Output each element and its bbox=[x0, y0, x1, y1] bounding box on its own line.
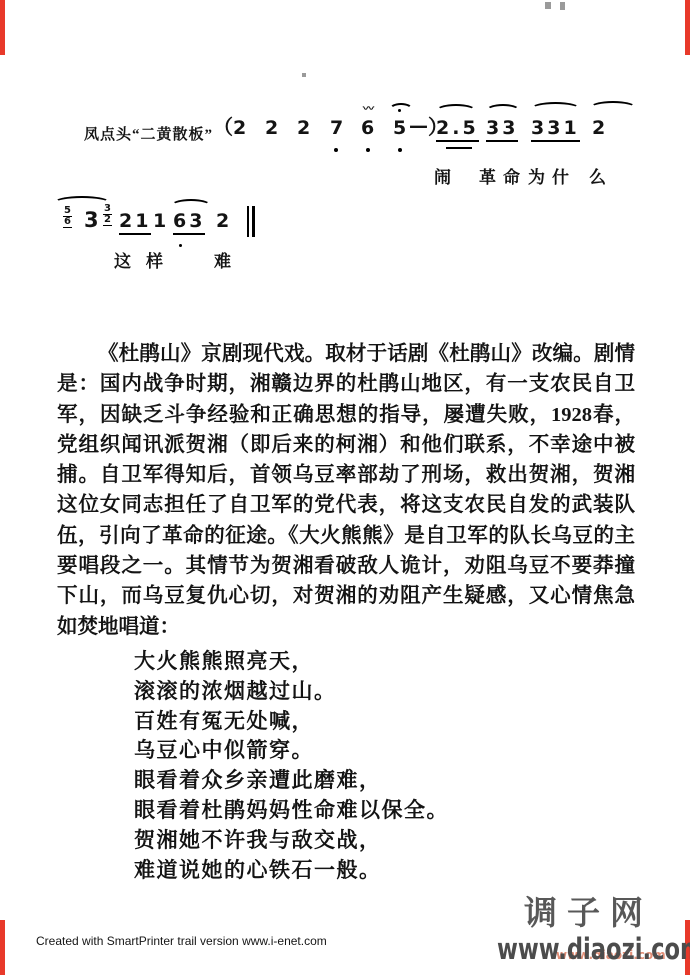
beam-line-icon bbox=[446, 147, 472, 149]
paragraph-line: 这位女同志担任了自卫军的党代表，将这支农民自发的武装队 bbox=[57, 490, 635, 520]
lyric-word: 样 bbox=[146, 247, 170, 272]
open-paren: （ bbox=[213, 117, 233, 137]
note: 2 bbox=[233, 118, 246, 138]
aria-verse-block: 大火熊熊照亮天， 滚滚的浓烟越过山。 百姓有冤无处喊， 乌豆心中似箭穿。 眼看着… bbox=[134, 647, 449, 885]
verse-line: 大火熊熊照亮天， bbox=[134, 647, 449, 677]
note: 2 bbox=[265, 118, 278, 138]
lyric-word: 这 bbox=[114, 247, 138, 272]
note: 5 bbox=[393, 118, 406, 138]
barline-thin-icon bbox=[247, 206, 249, 237]
note: 2 bbox=[216, 211, 229, 231]
scan-speck bbox=[560, 2, 565, 10]
note-group: 331 bbox=[531, 118, 580, 142]
barline-thick-icon bbox=[252, 206, 255, 237]
note-group: 63 bbox=[173, 211, 205, 235]
paragraph-line: 《杜鹃山》京剧现代戏。取材于话剧《杜鹃山》改编。剧情 bbox=[57, 339, 635, 369]
lyric-word: 闹 bbox=[434, 163, 458, 188]
note-group-digits: 2.5 bbox=[436, 118, 479, 142]
verse-line: 乌豆心中似箭穿。 bbox=[134, 736, 449, 766]
note-group: 2 bbox=[592, 118, 608, 140]
note-group: 33 bbox=[486, 118, 518, 142]
slur-arc-icon bbox=[171, 199, 211, 212]
lyric-word: 难 bbox=[214, 247, 238, 272]
paragraph-line: 军，因缺乏斗争经验和正确思想的指导，屡遭失败，1928春， bbox=[57, 400, 635, 430]
lyric-word: 为什 bbox=[528, 163, 576, 188]
scan-speck bbox=[545, 2, 551, 9]
verse-line: 眼看着众乡亲遭此磨难， bbox=[134, 766, 449, 796]
slur-arc-icon bbox=[436, 104, 476, 117]
verse-line: 贺湘她不许我与敌交战， bbox=[134, 826, 449, 856]
watermark-site-name: 调子网 bbox=[524, 887, 653, 934]
dash-note: — bbox=[409, 116, 428, 136]
slur-arc-icon bbox=[486, 104, 520, 117]
paragraph-line: 捕。自卫军得知后，首领乌豆率部劫了刑场，救出贺湘，贺湘 bbox=[57, 460, 635, 490]
corner-mark-top-right bbox=[685, 0, 690, 55]
verse-line: 百姓有冤无处喊， bbox=[134, 707, 449, 737]
tune-name-label: 凤点头“二黄散板” bbox=[84, 123, 213, 144]
octave-dot-icon bbox=[179, 244, 182, 247]
synopsis-paragraph: 《杜鹃山》京剧现代戏。取材于话剧《杜鹃山》改编。剧情 是：国内战争时期，湘赣边界… bbox=[57, 339, 635, 642]
lyric-word: 革命 bbox=[479, 163, 527, 188]
paragraph-line: 伍，引向了革命的征途。《大火熊熊》是自卫军的队长乌豆的主 bbox=[57, 521, 635, 551]
lyric-word: 么 bbox=[589, 163, 613, 188]
verse-line: 眼看着杜鹃妈妈性命难以保全。 bbox=[134, 796, 449, 826]
paragraph-line: 党组织闻讯派贺湘（即后来的柯湘）和他们联系，不幸途中被 bbox=[57, 430, 635, 460]
grace-notes: 3 2 bbox=[103, 204, 112, 226]
note: 3 bbox=[84, 210, 99, 230]
note-group-digits: 33 bbox=[486, 118, 518, 142]
watermark-site-url: www.diaozi.com bbox=[497, 932, 690, 966]
octave-dot-icon bbox=[366, 148, 370, 152]
note-group-digits: 21 bbox=[119, 211, 151, 235]
note: 7 bbox=[330, 118, 343, 138]
verse-line: 滚滚的浓烟越过山。 bbox=[134, 677, 449, 707]
note-group: 21 bbox=[119, 211, 151, 235]
paragraph-line: 如焚地唱道： bbox=[57, 612, 635, 642]
note-group-digits: 2 bbox=[592, 118, 608, 140]
note: 1 bbox=[153, 211, 166, 231]
note-group-digits: 63 bbox=[173, 211, 205, 235]
paragraph-line: 是：国内战争时期，湘赣边界的杜鹃山地区，有一支农民自卫 bbox=[57, 369, 635, 399]
tie-arc-icon bbox=[590, 101, 636, 114]
note: 2 bbox=[297, 118, 310, 138]
ornament-dot-icon bbox=[398, 109, 401, 112]
scanned-score-page: { "music": { "label": "凤点头“二黄散板”", "trem… bbox=[0, 0, 690, 975]
smartprinter-credit: Created with SmartPrinter trail version … bbox=[36, 934, 327, 948]
paragraph-line: 下山，而乌豆复仇心切，对贺湘的劝阻产生疑感，又心情焦急 bbox=[57, 581, 635, 611]
corner-mark-bottom-left bbox=[0, 920, 5, 975]
slur-arc-icon bbox=[531, 102, 580, 115]
paragraph-line: 要唱段之一。其情节为贺湘看破敌人诡计，劝阻乌豆不要莽撞 bbox=[57, 551, 635, 581]
note-group-digits: 331 bbox=[531, 118, 580, 142]
tremolo-icon: 〰 bbox=[363, 100, 372, 116]
note: 6 bbox=[361, 118, 374, 138]
grace-notes: 5 6 bbox=[63, 206, 72, 228]
verse-line: 难道说她的心铁石一般。 bbox=[134, 856, 449, 886]
ornament-arc-icon bbox=[389, 103, 413, 116]
note-group: 2.5 bbox=[436, 118, 479, 142]
octave-dot-icon bbox=[398, 148, 402, 152]
corner-mark-top-left bbox=[0, 0, 5, 55]
octave-dot-icon bbox=[334, 148, 338, 152]
scan-speck bbox=[302, 73, 306, 77]
